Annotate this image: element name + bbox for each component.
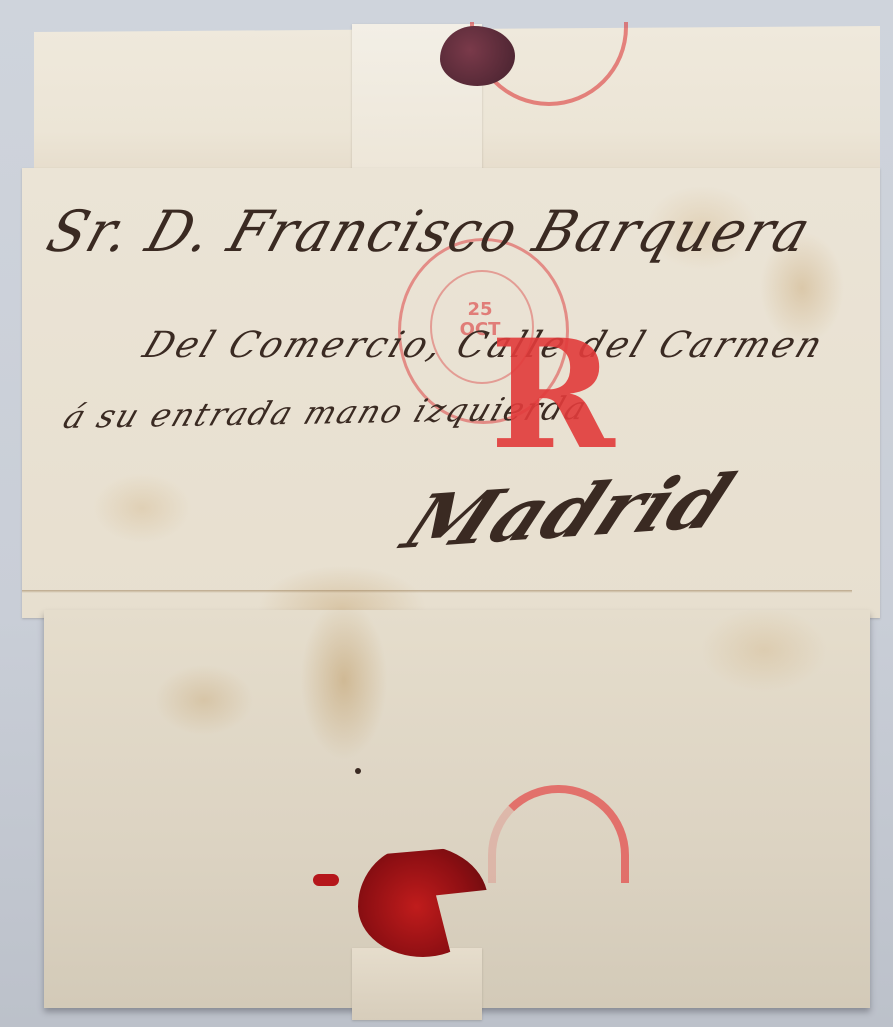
top-wax-seal [440,26,515,86]
registered-mark: R [490,320,615,470]
bottom-tab [352,948,482,1020]
wax-drip [313,874,339,886]
address-line-1: Sr. D. Francisco Barquera [39,198,820,264]
fold-crease [22,590,852,593]
ink-spot [355,768,361,774]
address-line-2: Del Comercio, Calle del Carmen [138,325,831,366]
photo: { "subject": "Folded letter (entire) wit… [0,0,893,1027]
